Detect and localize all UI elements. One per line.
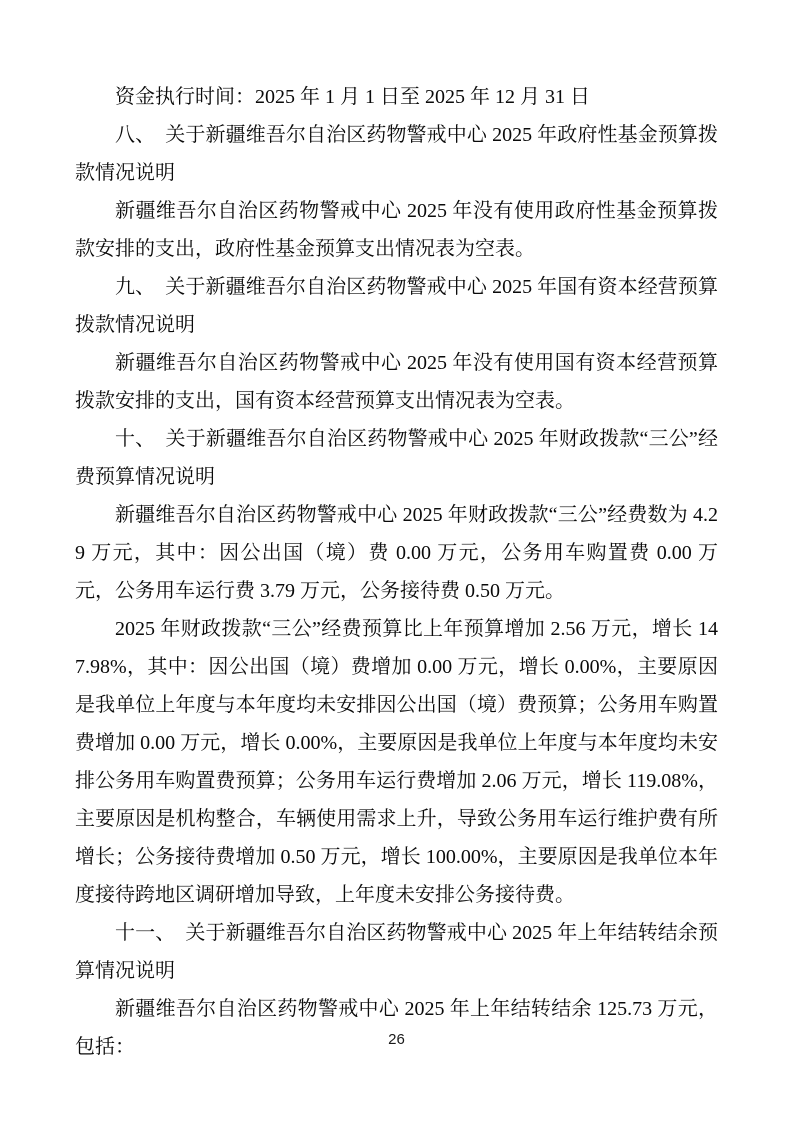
page-number: 26: [0, 1031, 793, 1048]
section-8-body: 新疆维吾尔自治区药物警戒中心 2025 年没有使用政府性基金预算拨款安排的支出，…: [75, 192, 718, 268]
section-9-heading: 九、 关于新疆维吾尔自治区药物警戒中心 2025 年国有资本经营预算拨款情况说明: [75, 268, 718, 344]
section-11-heading: 十一、 关于新疆维吾尔自治区药物警戒中心 2025 年上年结转结余预算情况说明: [75, 914, 718, 990]
section-10-heading: 十、 关于新疆维吾尔自治区药物警戒中心 2025 年财政拨款“三公”经费预算情况…: [75, 420, 718, 496]
section-11-body: 新疆维吾尔自治区药物警戒中心 2025 年上年结转结余 125.73 万元，包括…: [75, 990, 718, 1066]
paragraph-funding-execution-period: 资金执行时间：2025 年 1 月 1 日至 2025 年 12 月 31 日: [75, 78, 718, 116]
document-body: 资金执行时间：2025 年 1 月 1 日至 2025 年 12 月 31 日 …: [75, 78, 718, 1066]
section-8-heading: 八、 关于新疆维吾尔自治区药物警戒中心 2025 年政府性基金预算拨款情况说明: [75, 116, 718, 192]
section-9-body: 新疆维吾尔自治区药物警戒中心 2025 年没有使用国有资本经营预算拨款安排的支出…: [75, 344, 718, 420]
document-page: 资金执行时间：2025 年 1 月 1 日至 2025 年 12 月 31 日 …: [0, 0, 793, 1122]
section-10-body-totals: 新疆维吾尔自治区药物警戒中心 2025 年财政拨款“三公”经费数为 4.29 万…: [75, 496, 718, 610]
section-10-body-changes: 2025 年财政拨款“三公”经费预算比上年预算增加 2.56 万元，增长 147…: [75, 610, 718, 914]
